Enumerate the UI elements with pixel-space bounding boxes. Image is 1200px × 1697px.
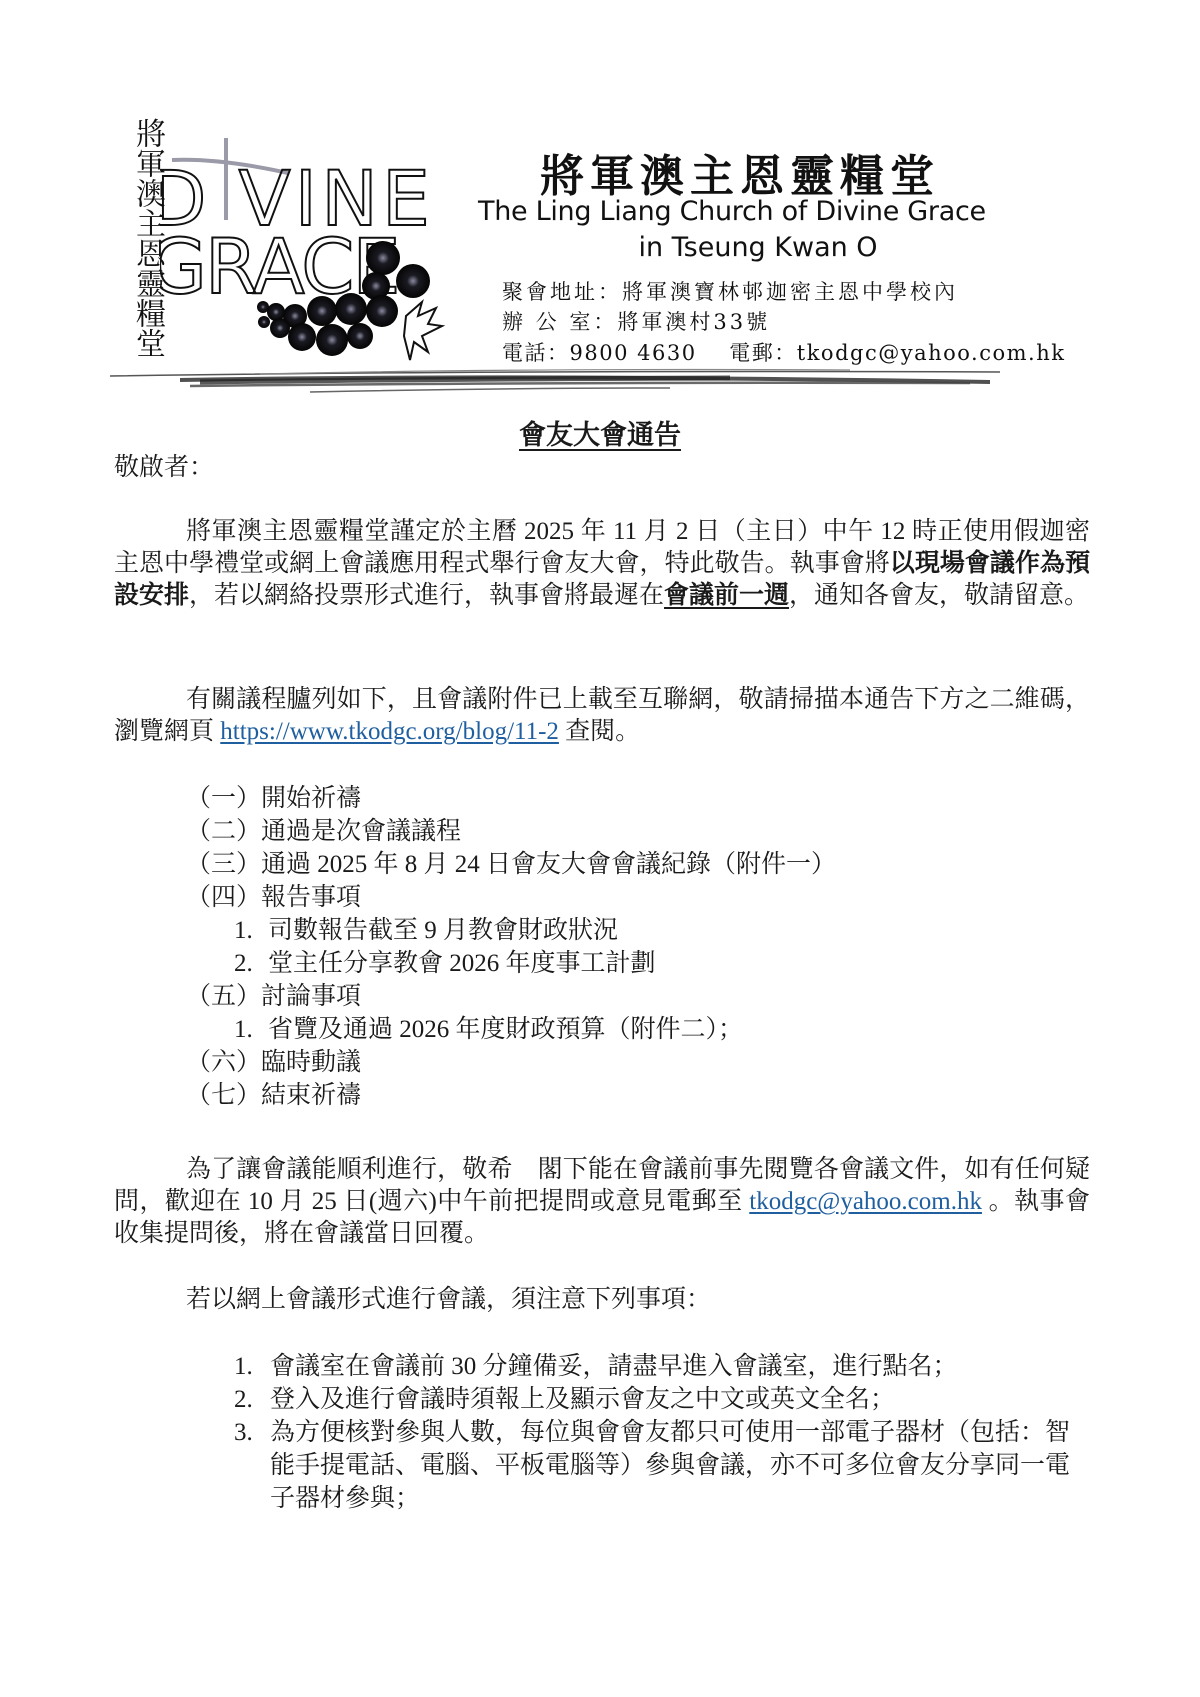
- agenda-subitem-5-1: 1.省覽及通過 2026 年度財政預算（附件二）；: [186, 1013, 1086, 1046]
- agenda-list: （一）開始祈禱 （二）通過是次會議議程 （三）通過 2025 年 8 月 24 …: [186, 782, 1086, 1112]
- agenda-item-4: （四）報告事項: [186, 881, 1086, 914]
- agenda-item-3: （三）通過 2025 年 8 月 24 日會友大會會議紀錄（附件一）: [186, 848, 1086, 881]
- notice-title: 會友大會通告: [0, 413, 1200, 452]
- church-name-cn: 將軍澳主恩靈糧堂: [540, 140, 960, 204]
- salutation: 敬啟者：: [114, 452, 1090, 484]
- agenda-item-6: （六）臨時動議: [186, 1046, 1086, 1079]
- email-link[interactable]: tkodgc@yahoo.com.hk: [749, 1188, 982, 1215]
- email-label: 電郵：: [729, 341, 797, 365]
- contact-line: 電話：9800 4630 電郵：tkodgc@yahoo.com.hk: [502, 337, 1065, 367]
- brush-stroke-divider: [110, 368, 1010, 402]
- letterhead: 將軍澳主恩靈糧堂 D VINE GRACE: [0, 0, 1200, 400]
- blog-link[interactable]: https://www.tkodgc.org/blog/11-2: [220, 718, 559, 745]
- agenda-subitem-4-2: 2.堂主任分享教會 2026 年度事工計劃: [186, 947, 1086, 980]
- phone-label: 電話：: [502, 341, 570, 365]
- church-location-en: in Tseung Kwan O: [478, 232, 1038, 263]
- church-name-en: The Ling Liang Church of Divine Grace: [478, 196, 1038, 227]
- online-note-2: 2.登入及進行會議時須報上及顯示會友之中文或英文全名；: [234, 1383, 1094, 1416]
- email-address: tkodgc@yahoo.com.hk: [797, 341, 1066, 365]
- agenda-item-5: （五）討論事項: [186, 980, 1086, 1013]
- divine-grace-logo: D VINE GRACE: [160, 130, 460, 370]
- phone-number: 9800 4630: [570, 341, 697, 365]
- logo-grace-text: GRACE: [160, 222, 398, 311]
- online-notes-list: 1.會議室在會議前 30 分鐘備妥，請盡早進入會議室，進行點名； 2.登入及進行…: [234, 1350, 1094, 1515]
- bold-underline-one-week-before: 會議前一週: [664, 582, 789, 609]
- agenda-item-2: （二）通過是次會議議程: [186, 815, 1086, 848]
- vertical-church-name: 將軍澳主恩靈糧堂: [128, 118, 162, 358]
- grape-leaf-icon: [404, 302, 442, 360]
- agenda-item-1: （一）開始祈禱: [186, 782, 1086, 815]
- online-note-3: 3.為方便核對參與人數，每位與會會友都只可使用一部電子器材（包括：智能手提電話、…: [234, 1416, 1094, 1515]
- agenda-item-7: （七）結束祈禱: [186, 1079, 1086, 1112]
- paragraph-online-notes-intro: 若以網上會議形式進行會議，須注意下列事項：: [186, 1284, 1086, 1316]
- paragraph-meeting-date: 將軍澳主恩靈糧堂謹定於主曆 2025 年 11 月 2 日（主日）中午 12 時…: [114, 516, 1090, 612]
- online-note-1: 1.會議室在會議前 30 分鐘備妥，請盡早進入會議室，進行點名；: [234, 1350, 1094, 1383]
- address-line: 聚會地址：將軍澳寶林邨迦密主恩中學校內: [502, 276, 958, 306]
- office-line: 辦 公 室：將軍澳村33號: [502, 306, 770, 336]
- paragraph-agenda-intro: 有關議程臚列如下，且會議附件已上載至互聯網，敬請掃描本通告下方之二維碼，瀏覽網頁…: [114, 684, 1090, 748]
- paragraph-questions: 為了讓會議能順利進行，敬希 閣下能在會議前事先閱覽各會議文件，如有任何疑問，歡迎…: [114, 1154, 1090, 1250]
- agenda-subitem-4-1: 1.司數報告截至 9 月教會財政狀況: [186, 914, 1086, 947]
